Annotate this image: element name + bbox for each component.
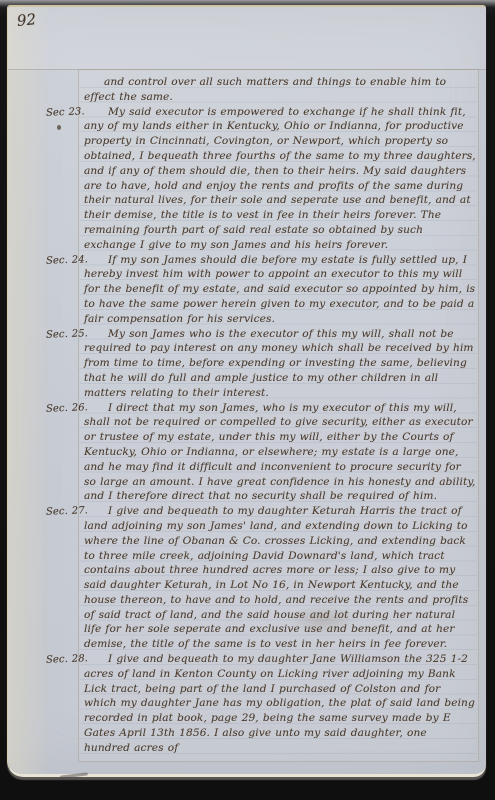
section-label: Sec. 24. <box>46 253 86 269</box>
section-text: My son James who is the executor of this… <box>84 327 476 401</box>
page-header-area <box>8 7 486 69</box>
pencil-smudge <box>60 772 88 778</box>
section-label: Sec 23. <box>46 105 86 121</box>
manuscript-text-block: and control over all such matters and th… <box>84 75 476 756</box>
will-section: Sec. 24. If my son James should die befo… <box>84 253 476 327</box>
continuation-paragraph: and control over all such matters and th… <box>84 75 476 105</box>
scanned-will-photo: 92 and control over all such matters and… <box>0 0 495 800</box>
will-section: Sec. 26. I direct that my son James, who… <box>84 401 476 505</box>
section-label: Sec. 28. <box>46 652 86 668</box>
will-section: Sec. 27. I give and bequeath to my daugh… <box>84 504 476 652</box>
section-label: Sec. 27. <box>46 504 86 520</box>
will-section: Sec. 28. I give and bequeath to my daugh… <box>84 652 476 756</box>
page-left-edge-strip <box>8 7 50 774</box>
section-text: I direct that my son James, who is my ex… <box>84 401 476 505</box>
will-section: Sec. 25. My son James who is the executo… <box>84 327 476 401</box>
section-text: I give and bequeath to my daughter Ketur… <box>84 504 476 652</box>
page-number: 92 <box>16 12 36 29</box>
ink-dot-stain <box>57 125 61 130</box>
section-text: If my son James should die before my est… <box>84 253 476 327</box>
section-text: I give and bequeath to my daughter Jane … <box>84 652 476 756</box>
section-text: My said executor is empowered to exchang… <box>84 105 476 253</box>
section-label: Sec. 26. <box>46 401 86 417</box>
section-label: Sec. 25. <box>46 327 86 343</box>
ledger-page: 92 and control over all such matters and… <box>7 5 486 777</box>
will-section: Sec 23. My said executor is empowered to… <box>84 105 476 253</box>
